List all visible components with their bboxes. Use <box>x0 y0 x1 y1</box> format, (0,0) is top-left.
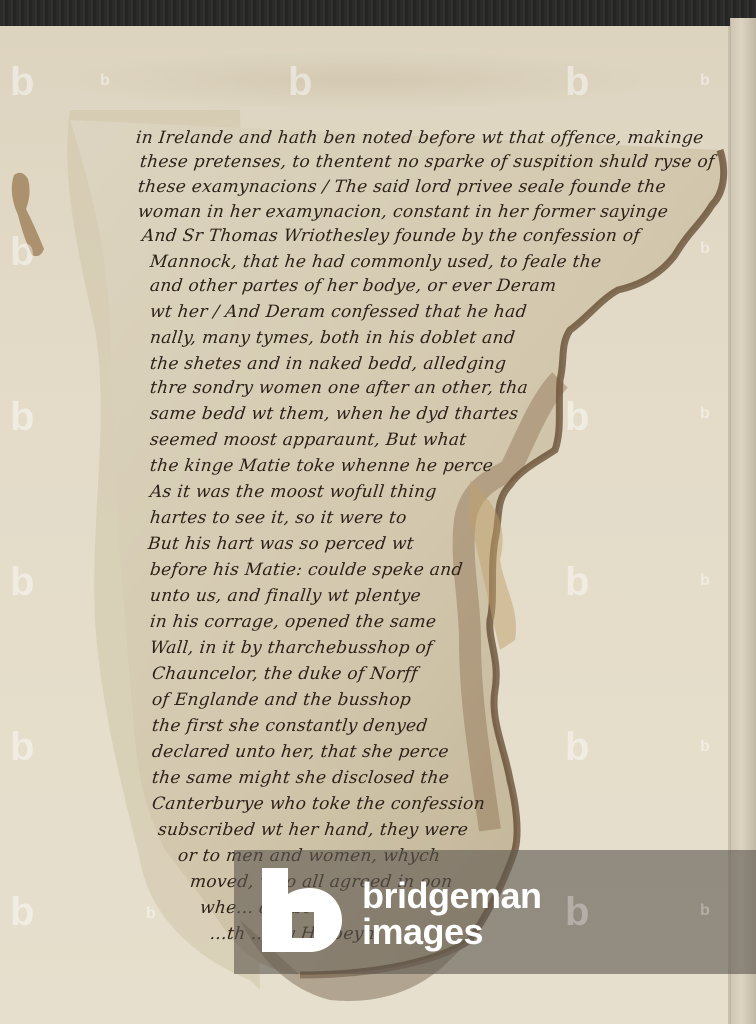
watermark-mark: b <box>10 230 34 275</box>
text-line: the shetes and in naked bedd, alledging <box>149 354 507 374</box>
watermark-mark: b <box>10 890 34 935</box>
text-line: the first she constantly denyed <box>151 716 429 736</box>
text-line: in Irelande and hath ben noted before wt… <box>135 128 705 148</box>
text-line: And Sr Thomas Wriothesley founde by the … <box>141 226 641 246</box>
watermark-mark: b <box>10 725 34 770</box>
text-line: subscribed wt her hand, they were <box>157 820 469 840</box>
text-line: Chauncelor, the duke of Norff <box>151 664 419 684</box>
text-line: Mannock, that he had commonly used, to f… <box>149 252 602 272</box>
text-line: woman in her examynacion, constant in he… <box>137 202 669 222</box>
watermark-mark: b <box>565 890 589 935</box>
text-line: and other partes of her bodye, or ever D… <box>149 276 557 296</box>
text-line: nally, many tymes, both in his doblet an… <box>149 328 516 348</box>
text-line: wt her / And Deram confessed that he had <box>149 302 528 322</box>
watermark-mark: b <box>700 738 710 756</box>
watermark-mark: b <box>700 902 710 920</box>
text-line: seemed moost apparaunt, But what <box>149 430 468 450</box>
watermark-mark: b <box>100 72 110 90</box>
watermark-mark: b <box>565 395 589 440</box>
text-line: the kinge Matie toke whenne he perce <box>149 456 494 476</box>
text-line: unto us, and finally wt plentye <box>149 586 422 606</box>
text-line: the same might she disclosed the <box>151 768 450 788</box>
watermark-mark: b <box>700 405 710 423</box>
watermark-mark: b <box>10 560 34 605</box>
bridgeman-logo-icon <box>262 868 342 952</box>
text-line: declared unto her, that she perce <box>151 742 450 762</box>
watermark-mark: b <box>700 572 710 590</box>
text-line: As it was the moost wofull thing <box>149 482 438 502</box>
text-line: of Englande and the busshop <box>151 690 412 710</box>
watermark-mark: b <box>565 60 589 105</box>
text-line: before his Matie: coulde speke and <box>149 560 464 580</box>
watermark-mark: b <box>10 60 34 105</box>
text-line: hartes to see it, so it were to <box>149 508 408 528</box>
watermark-mark: b <box>565 725 589 770</box>
wordmark-line-2: images <box>362 916 542 952</box>
text-line: in his corrage, opened the same <box>149 612 437 632</box>
watermark-mark: b <box>565 560 589 605</box>
watermark-mark: b <box>700 240 710 258</box>
text-line: thre sondry women one after an other, th… <box>149 378 529 398</box>
text-line: these pretenses, to thentent no sparke o… <box>139 152 716 172</box>
watermark-mark: b <box>146 905 156 923</box>
text-line: Canterburye who toke the confession <box>151 794 486 814</box>
bridgeman-wordmark: bridgeman images <box>362 880 542 952</box>
text-line: same bedd wt them, when he dyd thartes <box>149 404 519 424</box>
watermark-mark: b <box>700 72 710 90</box>
text-line: these examynacions / The said lord prive… <box>137 177 667 197</box>
text-line: But his hart was so perced wt <box>147 534 415 554</box>
watermark-mark: b <box>10 395 34 440</box>
text-line: Wall, in it by tharchebusshop of <box>149 638 434 658</box>
watermark-mark: b <box>288 60 312 105</box>
